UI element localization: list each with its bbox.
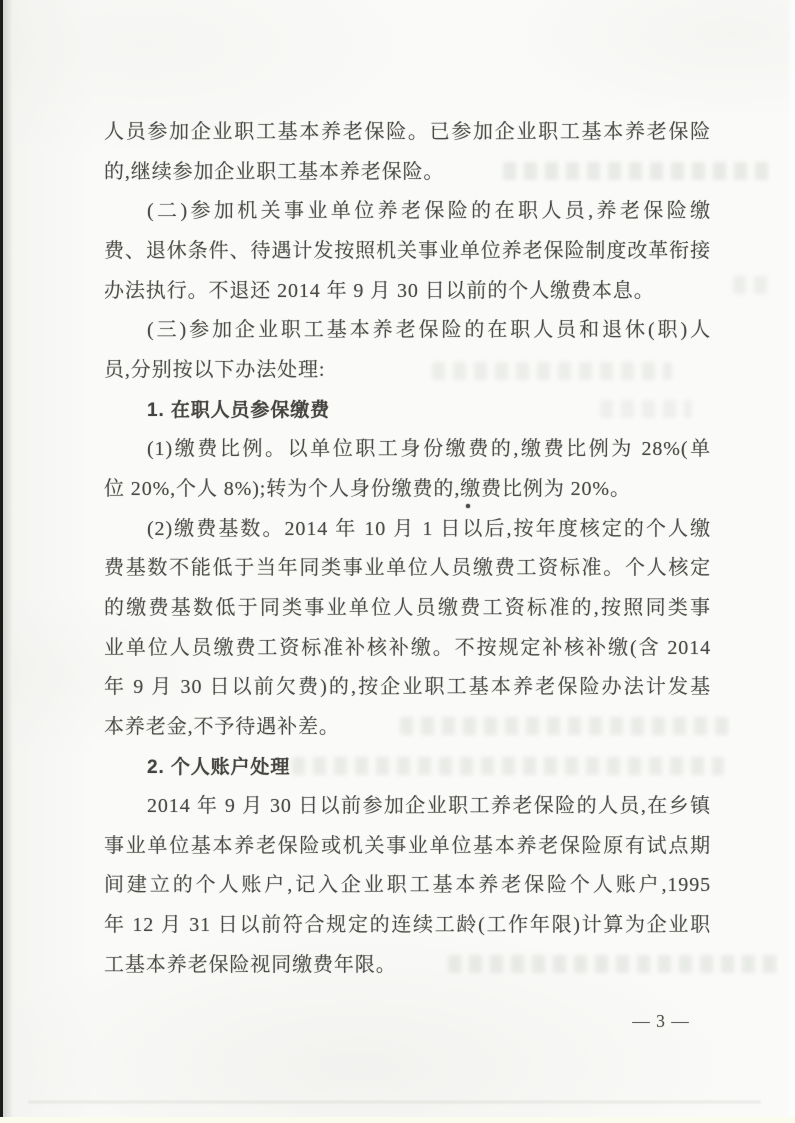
text-line: 年 9 月 30 日以前欠费)的,按企业职工基本养老保险办法计发基 <box>104 668 711 708</box>
text-line: (1)缴费比例。以单位职工身份缴费的,缴费比例为 28%(单 <box>104 430 711 470</box>
text-line: (二)参加机关事业单位养老保险的在职人员,养老保险缴 <box>104 192 711 232</box>
text-line: 年 12 月 31 日以前符合规定的连续工龄(工作年限)计算为企业职 <box>104 906 711 946</box>
text-line: 业单位人员缴费工资标准补核补缴。不按规定补核补缴(含 2014 <box>104 629 711 669</box>
ink-bleed-artifact <box>600 400 692 418</box>
ink-bleed-artifact <box>292 757 724 775</box>
text-line: 人员参加企业职工基本养老保险。已参加企业职工基本养老保险 <box>104 113 711 153</box>
scan-bottom-edge <box>0 1117 795 1123</box>
text-line: (2)缴费基数。2014 年 10 月 1 日以后,按年度核定的个人缴 <box>104 510 711 550</box>
text-line: 办法执行。不退还 2014 年 9 月 30 日以前的个人缴费本息。 <box>104 272 711 312</box>
scan-left-edge-gradient <box>3 0 13 1123</box>
text-line: 2014 年 9 月 30 日以前参加企业职工养老保险的人员,在乡镇 <box>104 787 711 827</box>
text-line: 位 20%,个人 8%);转为个人身份缴费的,缴费比例为 20%。 <box>104 470 711 510</box>
paper-left-shading <box>13 0 93 1123</box>
ink-bleed-artifact <box>432 362 672 380</box>
ink-bleed-artifact <box>503 162 771 180</box>
page-number: — 3 — <box>601 1009 721 1033</box>
text-line: 事业单位基本养老保险或机关事业单位基本养老保险原有试点期 <box>104 827 711 867</box>
text-line: (三)参加企业职工基本养老保险的在职人员和退休(职)人 <box>104 311 711 351</box>
ink-bleed-artifact <box>733 276 773 294</box>
text-line: 费、退休条件、待遇计发按照机关事业单位养老保险制度改革衔接 <box>104 232 711 272</box>
text-line: 的缴费基数低于同类事业单位人员缴费工资标准的,按照同类事 <box>104 589 711 629</box>
ink-bleed-artifact <box>448 955 783 973</box>
ink-speck <box>466 504 470 508</box>
ink-bleed-artifact <box>400 717 730 735</box>
scan-bottom-crease <box>28 1101 761 1103</box>
scanned-document-page: 人员参加企业职工基本养老保险。已参加企业职工基本养老保险 的,继续参加企业职工基… <box>0 0 795 1123</box>
text-line: 间建立的个人账户,记入企业职工基本养老保险个人账户,1995 <box>104 866 711 906</box>
document-body: 人员参加企业职工基本养老保险。已参加企业职工基本养老保险 的,继续参加企业职工基… <box>104 113 711 985</box>
paper-right-edge <box>787 0 795 1123</box>
text-line: 费基数不能低于当年同类事业单位人员缴费工资标准。个人核定 <box>104 549 711 589</box>
